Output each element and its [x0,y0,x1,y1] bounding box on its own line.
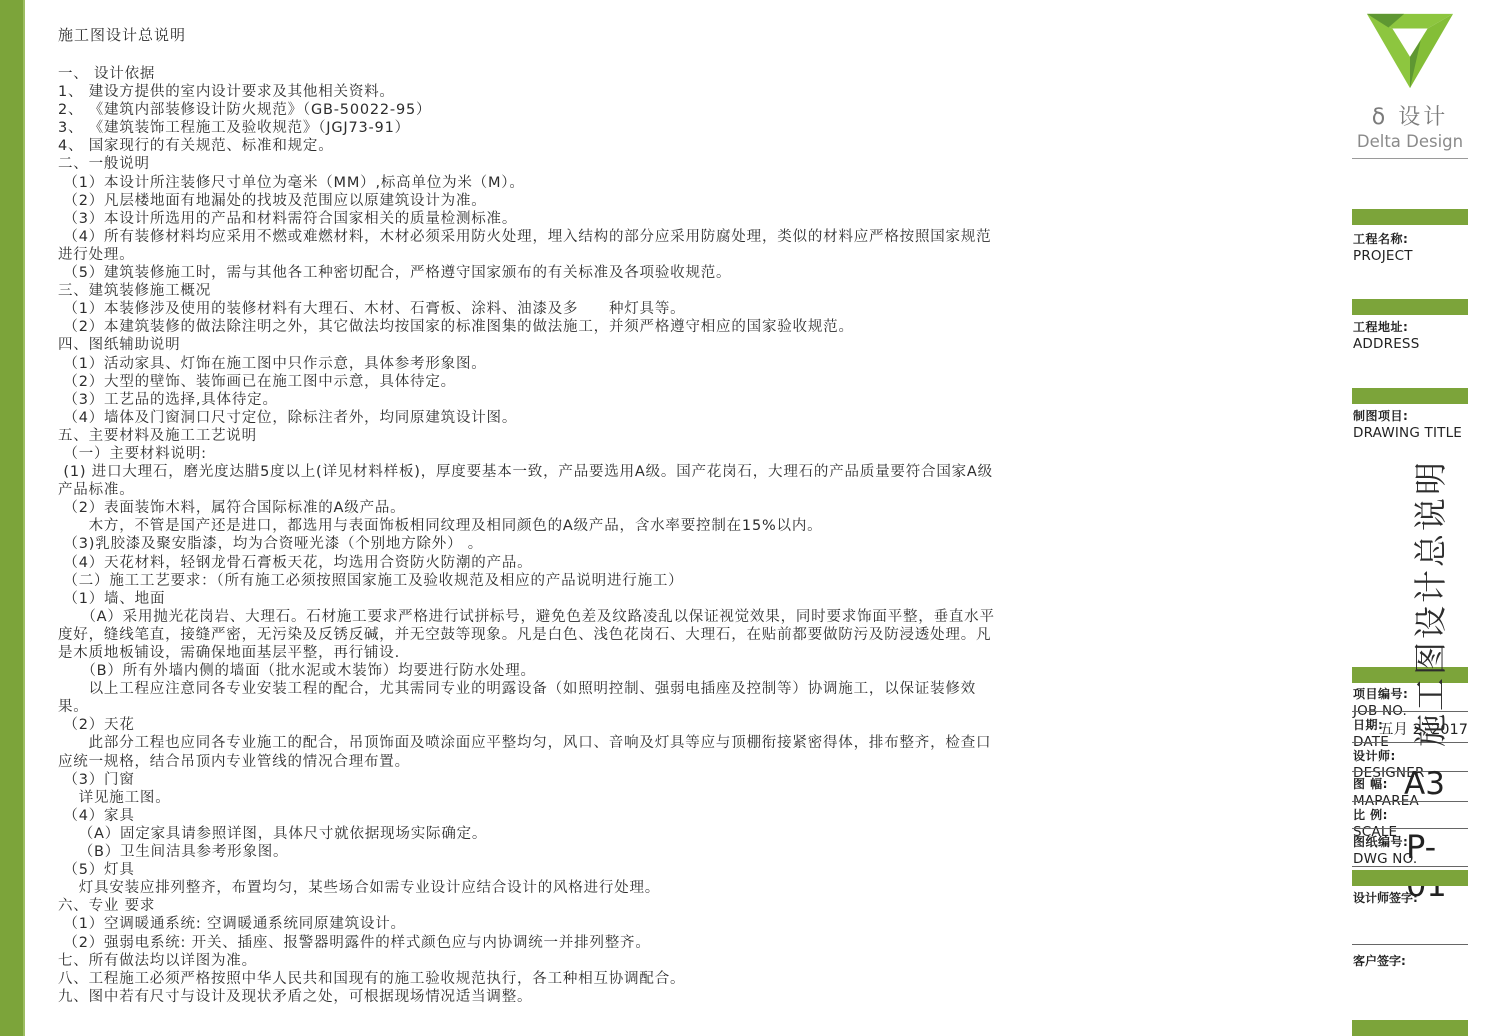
notes-line: 六、专业 要求 [58,897,998,915]
notes-area: 施工图设计总说明 一、 设计依据1、 建设方提供的室内设计要求及其他相关资料。2… [58,24,998,1006]
notes-line: （4）家具 [58,807,998,825]
delta-triangle-icon [1361,6,1459,96]
notes-line: （A）采用抛光花岗岩、大理石。石材施工要求严格进行试拼标号，避免色差及纹路凌乱以… [58,608,998,662]
notes-line: 1、 建设方提供的室内设计要求及其他相关资料。 [58,83,998,101]
notes-line: 此部分工程也应同各专业施工的配合，吊顶饰面及喷涂面应平整均匀，风口、音响及灯具等… [58,734,998,770]
map-area-value: A3 [1404,766,1445,802]
notes-line: 3、 《建筑装饰工程施工及验收规范》（JGJ73-91） [58,119,998,137]
notes-line: （1）本装修涉及使用的装修材料有大理石、木材、石膏板、涂料、油漆及多 种灯具等。 [58,300,998,318]
notes-line: （4）所有装修材料均应采用不燃或难燃材料，木材必须采用防火处理，埋入结构的部分应… [58,228,998,264]
field-drawing-title-label-cn: 制图项目: [1353,407,1468,424]
notes-line: （4）天花材料，轻钢龙骨石膏板天花，均选用合资防火防潮的产品。 [58,554,998,572]
notes-line: （2）强弱电系统: 开关、插座、报警器明露件的样式颜色应与内协调统一并排列整齐。 [58,934,998,952]
notes-line: 以上工程应注意同各专业安装工程的配合，尤其需同专业的明露设备（如照明控制、强弱电… [58,680,998,716]
field-address-label-en: ADDRESS [1353,336,1468,352]
notes-line: 二、一般说明 [58,155,998,173]
notes-line: （2）本建筑装修的做法除注明之外，其它做法均按国家的标准图集的做法施工，并须严格… [58,318,998,336]
logo-name-en: Delta Design [1352,132,1468,151]
notes-line: 四、图纸辅助说明 [58,336,998,354]
notes-line: 4、 国家现行的有关规范、标准和规定。 [58,137,998,155]
notes-line: （3）门窗 [58,771,998,789]
field-address-label-cn: 工程地址: [1353,318,1468,335]
notes-line: （3）工艺品的选择,具体待定。 [58,391,998,409]
notes-line: 一、 设计依据 [58,65,998,83]
notes-line: （3)乳胶漆及聚安脂漆，均为合资哑光漆（个别地方除外） 。 [58,535,998,553]
notes-line: 三、建筑装修施工概况 [58,282,998,300]
notes-line: (1) 进口大理石，磨光度达腊5度以上(详见材料样板)，厚度要基本一致，产品要选… [58,463,998,499]
field-project: 工程名称: PROJECT [1353,230,1468,264]
field-project-label-cn: 工程名称: [1353,230,1468,247]
notes-line: 灯具安装应排列整齐，布置均匀，某些场合如需专业设计应结合设计的风格进行处理。 [58,879,998,897]
notes-line: 七、所有做法均以详图为准。 [58,952,998,970]
notes-line: （5）灯具 [58,861,998,879]
notes-line: （二）施工工艺要求：（所有施工必须按照国家施工及验收规范及相应的产品说明进行施工… [58,572,998,590]
green-bar [1352,1020,1468,1036]
notes-line: （2）天花 [58,716,998,734]
field-project-label-en: PROJECT [1353,248,1468,264]
notes-lines: 一、 设计依据1、 建设方提供的室内设计要求及其他相关资料。2、 《建筑内部装修… [58,65,998,1006]
page-title: 施工图设计总说明 [58,24,998,45]
drawing-sheet: 施工图设计总说明 一、 设计依据1、 建设方提供的室内设计要求及其他相关资料。2… [0,0,1500,1036]
green-bar [1352,299,1468,315]
field-address: 工程地址: ADDRESS [1353,318,1468,352]
notes-line: （2）凡层楼地面有地漏处的找坡及范围应以原建筑设计为准。 [58,192,998,210]
notes-line: （1）活动家具、灯饰在施工图中只作示意，具体参考形象图。 [58,355,998,373]
left-green-bar [0,0,25,1036]
notes-line: 八、工程施工必须严格按照中华人民共和国现有的施工验收规范执行，各工种相互协调配合… [58,970,998,988]
notes-line: （5）建筑装修施工时，需与其他各工种密切配合，严格遵守国家颁布的有关标准及各项验… [58,264,998,282]
notes-line: 五、主要材料及施工工艺说明 [58,427,998,445]
logo-divider [1352,158,1468,159]
notes-line: （1）墙、地面 [58,590,998,608]
notes-line: （B）所有外墙内侧的墙面（批水泥或木装饰）均要进行防水处理。 [58,662,998,680]
designer-signature-label: 设计师签字: [1353,889,1418,906]
vertical-drawing-title: 施工图设计总说明 [1405,435,1443,771]
notes-line: （一）主要材料说明: [58,445,998,463]
notes-line: （4）墙体及门窗洞口尺寸定位，除标注者外，均同原建筑设计图。 [58,409,998,427]
notes-line: 木方，不管是国产还是进口，都选用与表面饰板相同纹理及相同颜色的A级产品，含水率要… [58,517,998,535]
notes-line: （3）本设计所选用的产品和材料需符合国家相关的质量检测标准。 [58,210,998,228]
notes-line: （2）大型的壁饰、装饰画已在施工图中示意，具体待定。 [58,373,998,391]
notes-line: （2）表面装饰木料，属符合国际标准的A级产品。 [58,499,998,517]
green-bar [1352,209,1468,225]
notes-line: 详见施工图。 [58,789,998,807]
notes-line: （1）本设计所注装修尺寸单位为毫米（MM）,标高单位为米（M）。 [58,174,998,192]
field-scale-label-cn: 比 例: [1353,806,1468,823]
green-bar [1352,870,1468,886]
green-bar [1352,388,1468,404]
notes-line: （1）空调暖通系统: 空调暖通系统同原建筑设计。 [58,915,998,933]
client-signature-label: 客户签字: [1353,952,1406,969]
notes-line: （B）卫生间洁具参考形象图。 [58,843,998,861]
logo-name-cn: δ 设计 [1352,100,1468,131]
notes-line: 2、 《建筑内部装修设计防火规范》（GB-50022-95） [58,101,998,119]
field-divider [1352,944,1468,945]
brand-logo: δ 设计 Delta Design [1352,6,1468,159]
notes-line: （A）固定家具请参照详图，具体尺寸就依据现场实际确定。 [58,825,998,843]
notes-line: 九、图中若有尺寸与设计及现状矛盾之处，可根据现场情况适当调整。 [58,988,998,1006]
